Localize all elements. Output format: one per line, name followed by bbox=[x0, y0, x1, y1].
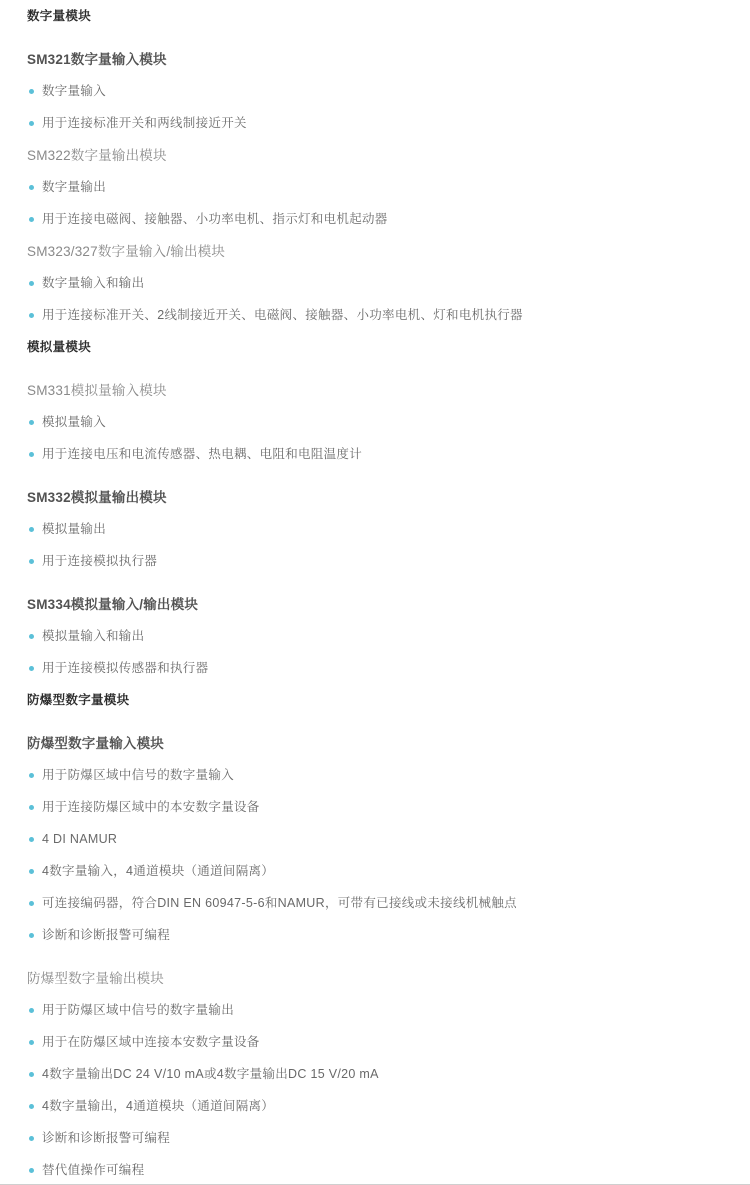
bullet-dot-icon bbox=[29, 666, 34, 671]
bullet-item: 4 DI NAMUR bbox=[27, 831, 710, 848]
bullet-text: 4数字量输入，4通道模块（通道间隔离） bbox=[42, 863, 274, 880]
bullet-text: 4数字量输出DC 24 V/10 mA或4数字量输出DC 15 V/20 mA bbox=[42, 1066, 379, 1083]
bullet-text: 4数字量输出，4通道模块（通道间隔离） bbox=[42, 1098, 274, 1115]
bullet-dot-icon bbox=[29, 313, 34, 318]
bullet-dot-icon bbox=[29, 185, 34, 190]
bullet-item: 数字量输出 bbox=[27, 179, 710, 196]
module-subheader: SM332模拟量输出模块 bbox=[27, 489, 710, 506]
bullet-dot-icon bbox=[29, 281, 34, 286]
bullet-item: 用于连接电压和电流传感器、热电耦、电阻和电阻温度计 bbox=[27, 446, 710, 463]
bullet-dot-icon bbox=[29, 121, 34, 126]
bullet-item: 模拟量输入 bbox=[27, 414, 710, 431]
bullet-dot-icon bbox=[29, 773, 34, 778]
bullet-dot-icon bbox=[29, 805, 34, 810]
bullet-dot-icon bbox=[29, 452, 34, 457]
bullet-text: 模拟量输出 bbox=[42, 521, 106, 538]
bullet-item: 诊断和诊断报警可编程 bbox=[27, 927, 710, 944]
bullet-text: 数字量输入和输出 bbox=[42, 275, 144, 292]
bullet-item: 4数字量输入，4通道模块（通道间隔离） bbox=[27, 863, 710, 880]
bullet-text: 诊断和诊断报警可编程 bbox=[42, 927, 170, 944]
bullet-text: 用于防爆区域中信号的数字量输入 bbox=[42, 767, 234, 784]
bullet-dot-icon bbox=[29, 217, 34, 222]
section-header: 防爆型数字量模块 bbox=[27, 692, 710, 709]
bullet-dot-icon bbox=[29, 933, 34, 938]
bullet-item: 替代值操作可编程 bbox=[27, 1162, 710, 1179]
bullet-item: 用于连接标准开关和两线制接近开关 bbox=[27, 115, 710, 132]
bullet-text: 用于防爆区域中信号的数字量输出 bbox=[42, 1002, 234, 1019]
bullet-text: 诊断和诊断报警可编程 bbox=[42, 1130, 170, 1147]
bullet-text: 替代值操作可编程 bbox=[42, 1162, 144, 1179]
bullet-text: 数字量输出 bbox=[42, 179, 106, 196]
bullet-item: 4数字量输出DC 24 V/10 mA或4数字量输出DC 15 V/20 mA bbox=[27, 1066, 710, 1083]
bullet-dot-icon bbox=[29, 89, 34, 94]
module-subheader: SM321数字量输入模块 bbox=[27, 51, 710, 68]
bullet-text: 4 DI NAMUR bbox=[42, 831, 117, 848]
bullet-dot-icon bbox=[29, 634, 34, 639]
bullet-text: 用于连接标准开关和两线制接近开关 bbox=[42, 115, 247, 132]
bullet-dot-icon bbox=[29, 420, 34, 425]
bullet-text: 用于连接电压和电流传感器、热电耦、电阻和电阻温度计 bbox=[42, 446, 362, 463]
section-header: 模拟量模块 bbox=[27, 339, 710, 356]
bullet-dot-icon bbox=[29, 1072, 34, 1077]
bullet-dot-icon bbox=[29, 527, 34, 532]
bullet-item: 数字量输入和输出 bbox=[27, 275, 710, 292]
module-subheader: SM334模拟量输入/输出模块 bbox=[27, 596, 710, 613]
bullet-text: 模拟量输入和输出 bbox=[42, 628, 144, 645]
bullet-item: 用于防爆区域中信号的数字量输入 bbox=[27, 767, 710, 784]
bullet-text: 可连接编码器，符合DIN EN 60947-5-6和NAMUR，可带有已接线或未… bbox=[42, 895, 517, 912]
module-subheader: 防爆型数字量输出模块 bbox=[27, 970, 710, 987]
bullet-dot-icon bbox=[29, 1040, 34, 1045]
bullet-dot-icon bbox=[29, 1104, 34, 1109]
bullet-dot-icon bbox=[29, 1008, 34, 1013]
bullet-item: 可连接编码器，符合DIN EN 60947-5-6和NAMUR，可带有已接线或未… bbox=[27, 895, 710, 912]
bullet-item: 用于连接防爆区域中的本安数字量设备 bbox=[27, 799, 710, 816]
bullet-item: 用于防爆区域中信号的数字量输出 bbox=[27, 1002, 710, 1019]
bullet-item: 模拟量输出 bbox=[27, 521, 710, 538]
bullet-dot-icon bbox=[29, 559, 34, 564]
bullet-dot-icon bbox=[29, 837, 34, 842]
bullet-item: 数字量输入 bbox=[27, 83, 710, 100]
bullet-text: 用于连接电磁阀、接触器、小功率电机、指示灯和电机起动器 bbox=[42, 211, 388, 228]
bullet-text: 数字量输入 bbox=[42, 83, 106, 100]
bullet-dot-icon bbox=[29, 1168, 34, 1173]
bullet-text: 用于连接模拟执行器 bbox=[42, 553, 157, 570]
bullet-item: 用于连接模拟执行器 bbox=[27, 553, 710, 570]
bullet-item: 用于连接模拟传感器和执行器 bbox=[27, 660, 710, 677]
bullet-item: 诊断和诊断报警可编程 bbox=[27, 1130, 710, 1147]
bullet-item: 4数字量输出，4通道模块（通道间隔离） bbox=[27, 1098, 710, 1115]
module-subheader: SM322数字量输出模块 bbox=[27, 147, 710, 164]
section-header: 数字量模块 bbox=[27, 8, 710, 25]
bullet-text: 用于在防爆区域中连接本安数字量设备 bbox=[42, 1034, 260, 1051]
module-description-page: 数字量模块SM321数字量输入模块数字量输入用于连接标准开关和两线制接近开关SM… bbox=[0, 0, 750, 1179]
bullet-dot-icon bbox=[29, 869, 34, 874]
module-subheader: 防爆型数字量输入模块 bbox=[27, 735, 710, 752]
module-subheader: SM331模拟量输入模块 bbox=[27, 382, 710, 399]
bullet-text: 用于连接防爆区域中的本安数字量设备 bbox=[42, 799, 260, 816]
bullet-dot-icon bbox=[29, 1136, 34, 1141]
module-subheader: SM323/327数字量输入/输出模块 bbox=[27, 243, 710, 260]
bullet-item: 用于连接标准开关、2线制接近开关、电磁阀、接触器、小功率电机、灯和电机执行器 bbox=[27, 307, 710, 324]
bullet-text: 用于连接模拟传感器和执行器 bbox=[42, 660, 208, 677]
bullet-text: 模拟量输入 bbox=[42, 414, 106, 431]
content-list: 数字量模块SM321数字量输入模块数字量输入用于连接标准开关和两线制接近开关SM… bbox=[27, 8, 710, 1179]
bullet-text: 用于连接标准开关、2线制接近开关、电磁阀、接触器、小功率电机、灯和电机执行器 bbox=[42, 307, 523, 324]
bullet-item: 用于在防爆区域中连接本安数字量设备 bbox=[27, 1034, 710, 1051]
bullet-item: 用于连接电磁阀、接触器、小功率电机、指示灯和电机起动器 bbox=[27, 211, 710, 228]
bullet-dot-icon bbox=[29, 901, 34, 906]
bullet-item: 模拟量输入和输出 bbox=[27, 628, 710, 645]
